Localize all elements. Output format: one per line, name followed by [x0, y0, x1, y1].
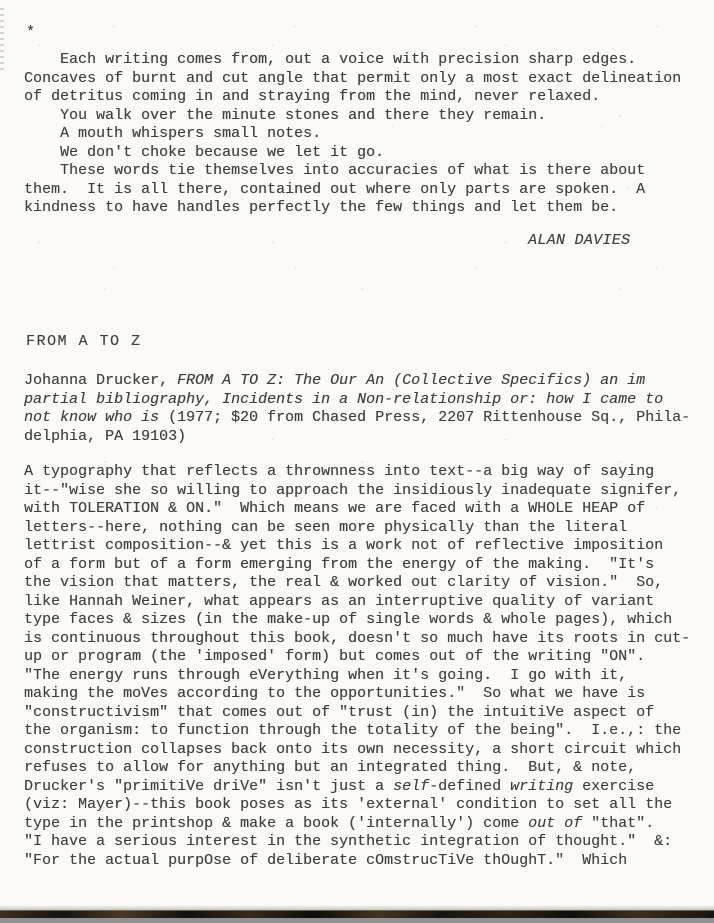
text-line: These words tie themselves into accuraci…: [24, 162, 681, 181]
text-line: not know who is (1977; $20 from Chased P…: [24, 409, 690, 428]
text-line: it--"wise she so willing to approach the…: [24, 482, 690, 501]
text-line: "constructivism" that comes out of "trus…: [24, 704, 690, 723]
text-segment: kindness to have handles perfectly the f…: [24, 199, 618, 216]
text-line: A typography that reflects a thrownness …: [24, 463, 690, 482]
text-line: lettrist composition--& yet this is a wo…: [24, 537, 690, 556]
poem-attribution: ALAN DAVIES: [528, 232, 630, 251]
scan-edge-artifact: [0, 8, 4, 72]
text-line: like Hannah Weiner, what appears as an i…: [24, 593, 690, 612]
text-segment: up or program (the 'imposed' form) but c…: [24, 648, 645, 665]
italic-text-segment: partial bibliography, Incidents in a Non…: [24, 391, 663, 408]
text-segment: is continuous throughout this book, does…: [24, 630, 690, 647]
text-segment: (1977; $20 from Chased Press, 2207 Ritte…: [168, 409, 690, 426]
text-segment: A mouth whispers small notes.: [24, 125, 321, 142]
text-line: A mouth whispers small notes.: [24, 125, 681, 144]
text-segment: lettrist composition--& yet this is a wo…: [24, 537, 663, 554]
text-segment: We don't choke because we let it go.: [24, 144, 384, 161]
text-segment: it--"wise she so willing to approach the…: [24, 482, 681, 499]
text-segment: "The energy runs through eVerything when…: [24, 667, 627, 684]
text-segment: Johanna Drucker,: [24, 372, 177, 389]
text-segment: of detritus coming in and straying from …: [24, 88, 600, 105]
text-segment: them. It is all there, contained out whe…: [24, 181, 645, 198]
text-segment: You walk over the minute stones and ther…: [24, 107, 546, 124]
text-segment: the organism: to function through the to…: [24, 722, 681, 739]
text-segment: Each writing comes from, out a voice wit…: [24, 51, 636, 68]
text-segment: "constructivism" that comes out of "trus…: [24, 704, 654, 721]
text-line: with TOLERATION & ON." Which means we ar…: [24, 500, 690, 519]
text-segment: type faces & sizes (in the make-up of si…: [24, 611, 672, 628]
text-line: type in the printshop & make a book ('in…: [24, 815, 690, 834]
italic-text-segment: FROM A TO Z: The Our An (Collective Spec…: [177, 372, 645, 389]
text-line: the organism: to function through the to…: [24, 722, 690, 741]
text-segment: with TOLERATION & ON." Which means we ar…: [24, 500, 645, 517]
text-line: construction collapses back onto its own…: [24, 741, 690, 760]
text-segment: A typography that reflects a thrownness …: [24, 463, 654, 480]
text-line: of a form but of a form emerging from th…: [24, 556, 690, 575]
text-segment: refuses to allow for anything but an int…: [24, 759, 636, 776]
text-segment: "I have a serious interest in the synthe…: [24, 833, 672, 850]
text-line: refuses to allow for anything but an int…: [24, 759, 690, 778]
text-line: making the moVes according to the opport…: [24, 685, 690, 704]
italic-text-segment: self: [393, 778, 429, 795]
text-line: Johanna Drucker, FROM A TO Z: The Our An…: [24, 372, 690, 391]
text-line: type faces & sizes (in the make-up of si…: [24, 611, 690, 630]
text-segment: like Hannah Weiner, what appears as an i…: [24, 593, 654, 610]
text-segment: letters--here, nothing can be seen more …: [24, 519, 627, 536]
text-line: delphia, PA 19103): [24, 428, 690, 447]
text-segment: These words tie themselves into accuraci…: [24, 162, 645, 179]
text-line: We don't choke because we let it go.: [24, 144, 681, 163]
text-segment: "For the actual purpOse of deliberate cO…: [24, 852, 627, 869]
text-line: the vision that matters, the real & work…: [24, 574, 690, 593]
text-segment: (viz: Mayer)--this book poses as its 'ex…: [24, 796, 672, 813]
text-segment: delphia, PA 19103): [24, 428, 186, 445]
text-segment: construction collapses back onto its own…: [24, 741, 681, 758]
text-line: partial bibliography, Incidents in a Non…: [24, 391, 690, 410]
review-heading: FROM A TO Z: [26, 333, 142, 352]
text-line: You walk over the minute stones and ther…: [24, 107, 681, 126]
text-segment: the vision that matters, the real & work…: [24, 574, 663, 591]
scanned-typewritten-page: * Each writing comes from, out a voice w…: [0, 0, 714, 923]
text-segment: -defined: [429, 778, 510, 795]
text-line: "The energy runs through eVerything when…: [24, 667, 690, 686]
text-line: is continuous throughout this book, does…: [24, 630, 690, 649]
page-bottom-scan-edge: [0, 905, 714, 923]
italic-text-segment: out of: [528, 815, 582, 832]
text-segment: "that".: [582, 815, 654, 832]
text-line: them. It is all there, contained out whe…: [24, 181, 681, 200]
text-segment: Drucker's "primitiVe driVe" isn't just a: [24, 778, 393, 795]
scan-edge-gray-strip: [0, 918, 714, 923]
text-segment: of a form but of a form emerging from th…: [24, 556, 654, 573]
text-segment: making the moVes according to the opport…: [24, 685, 645, 702]
text-line: of detritus coming in and straying from …: [24, 88, 681, 107]
poem-text: Each writing comes from, out a voice wit…: [24, 51, 681, 218]
section-marker-asterisk: *: [26, 24, 35, 43]
text-line: Drucker's "primitiVe driVe" isn't just a…: [24, 778, 690, 797]
citation-text: Johanna Drucker, FROM A TO Z: The Our An…: [24, 372, 690, 446]
text-line: (viz: Mayer)--this book poses as its 'ex…: [24, 796, 690, 815]
text-segment: type in the printshop & make a book ('in…: [24, 815, 528, 832]
text-line: up or program (the 'imposed' form) but c…: [24, 648, 690, 667]
text-line: Concaves of burnt and cut angle that per…: [24, 70, 681, 89]
text-segment: exercise: [573, 778, 654, 795]
text-line: kindness to have handles perfectly the f…: [24, 199, 681, 218]
italic-text-segment: not know who is: [24, 409, 168, 426]
italic-text-segment: writing: [510, 778, 573, 795]
text-line: letters--here, nothing can be seen more …: [24, 519, 690, 538]
text-line: "I have a serious interest in the synthe…: [24, 833, 690, 852]
text-line: "For the actual purpOse of deliberate cO…: [24, 852, 690, 871]
review-body-text: A typography that reflects a thrownness …: [24, 463, 690, 870]
text-segment: Concaves of burnt and cut angle that per…: [24, 70, 681, 87]
text-line: Each writing comes from, out a voice wit…: [24, 51, 681, 70]
